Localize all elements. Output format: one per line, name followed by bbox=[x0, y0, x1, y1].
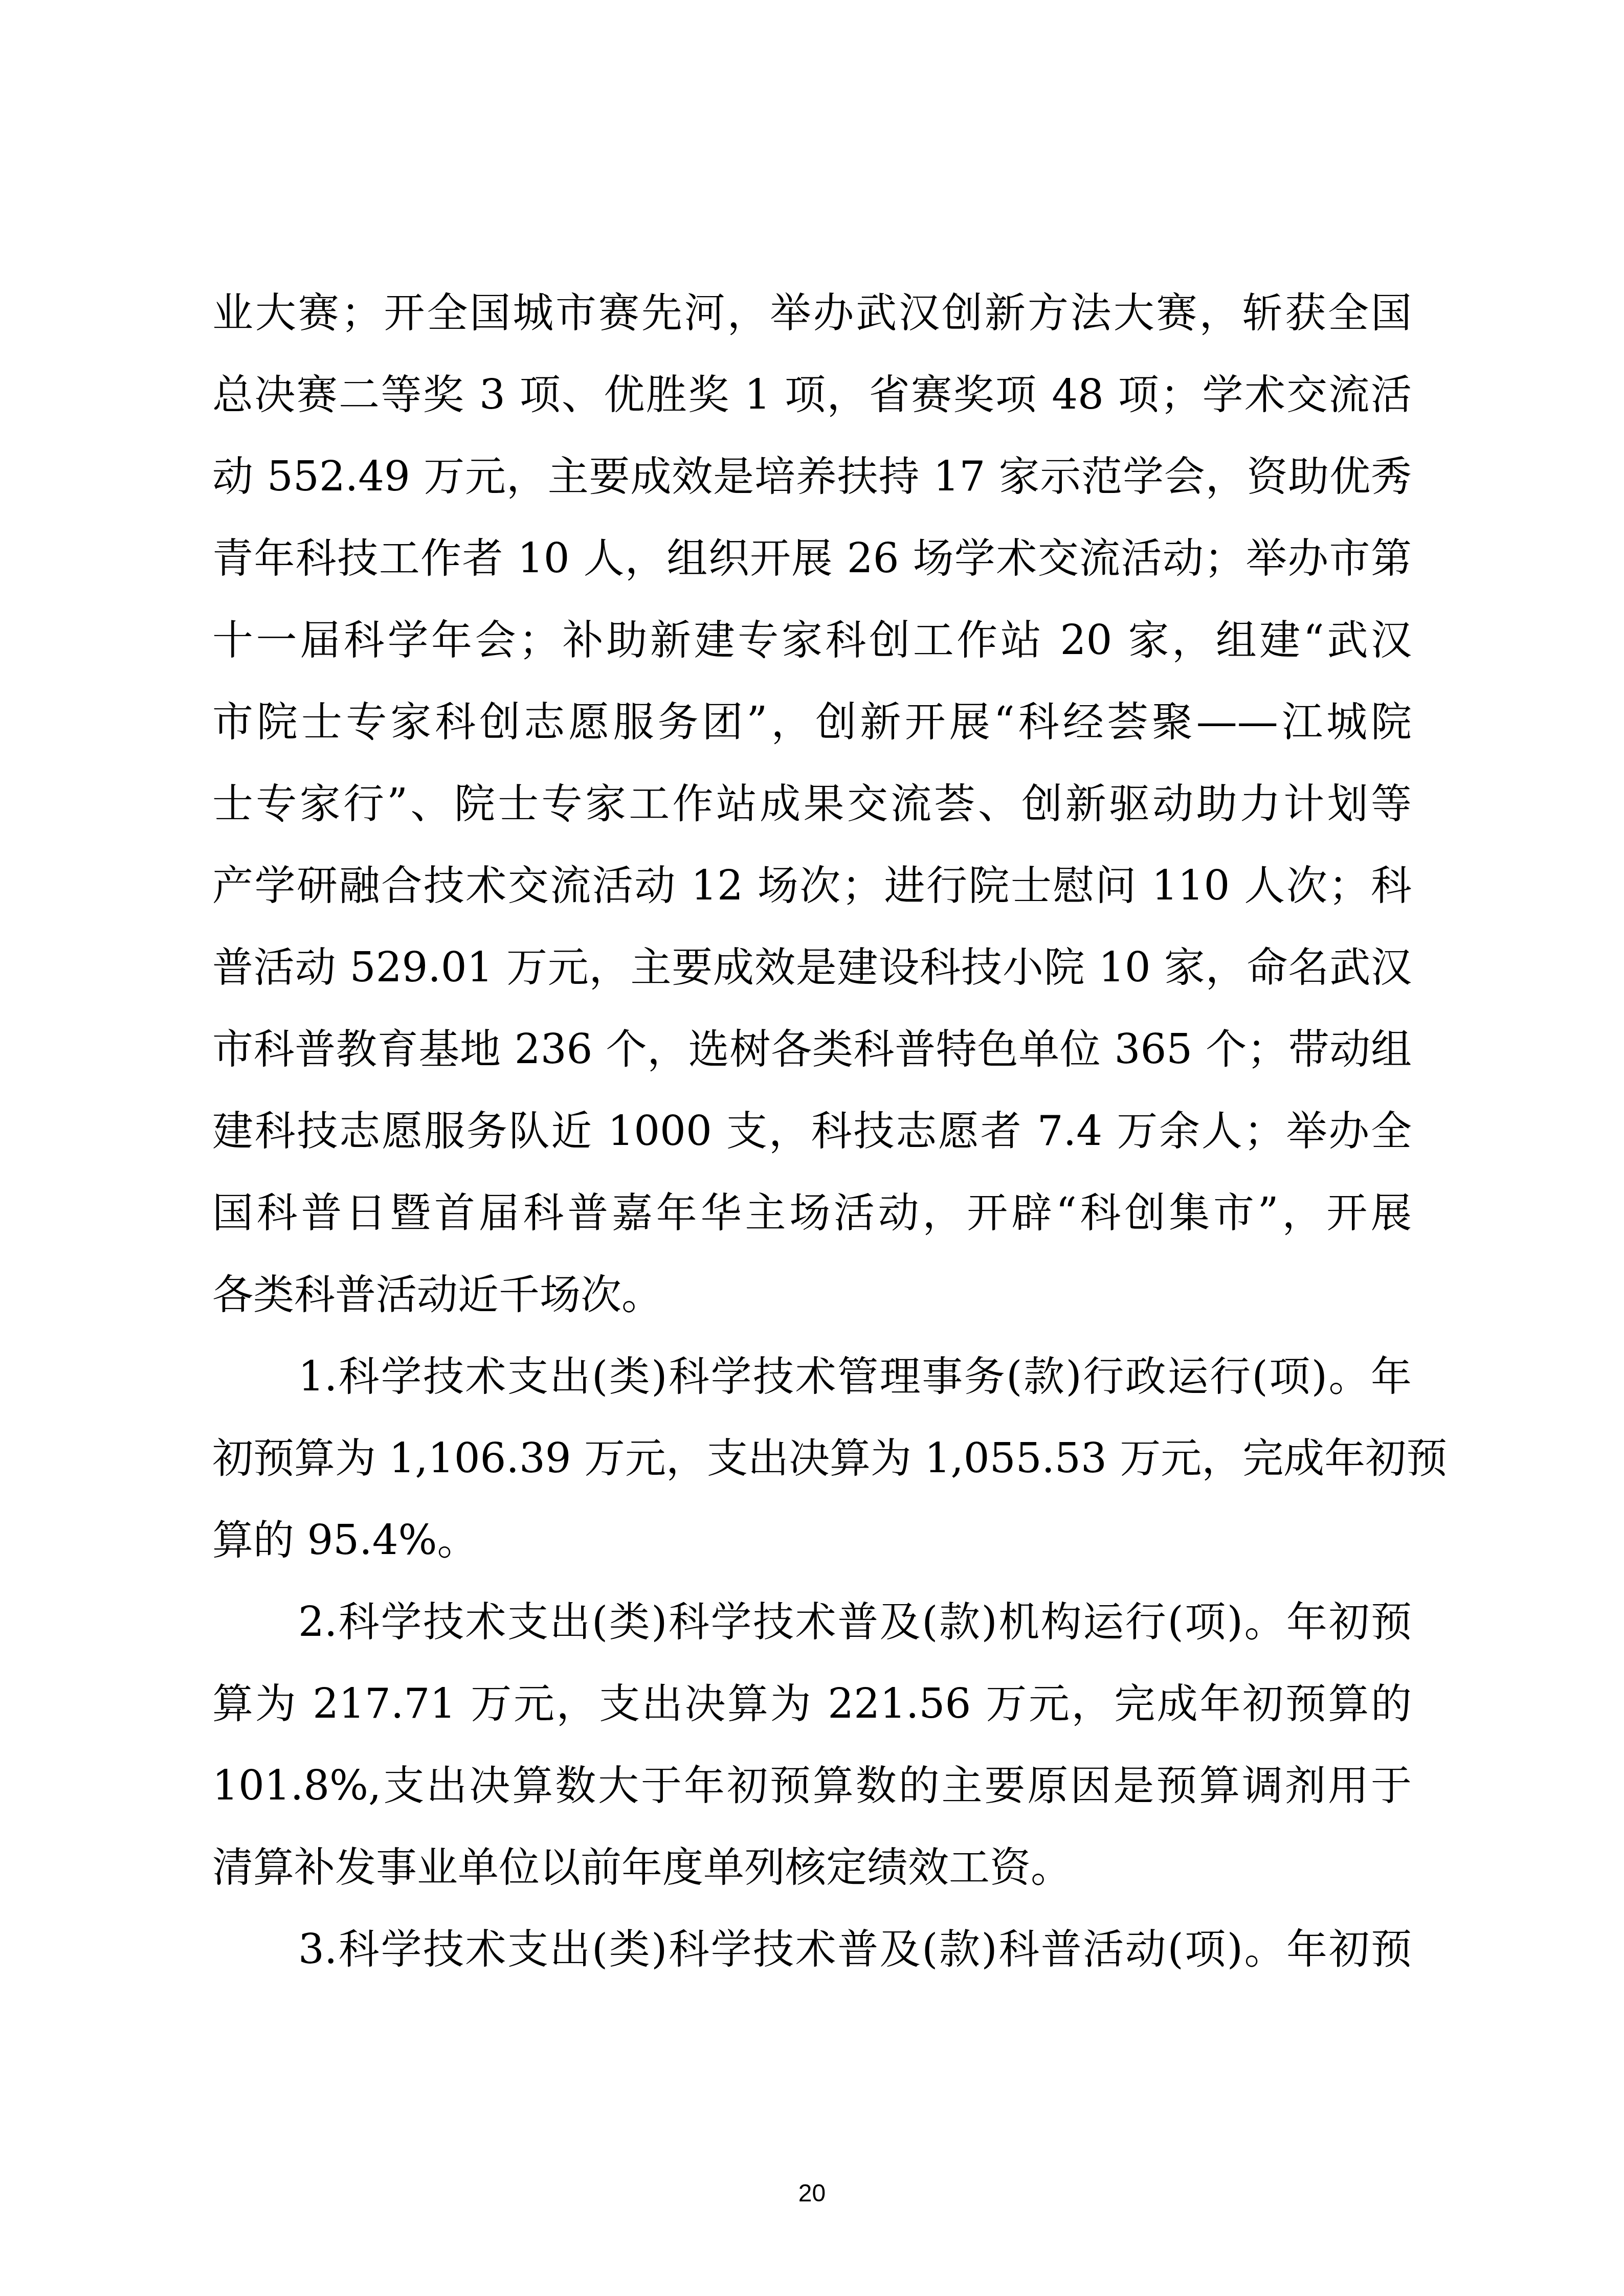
paragraph-line: 国科普日暨首届科普嘉年华主场活动，开辟“科创集市”，开展 bbox=[212, 1180, 1412, 1262]
paragraph-line: 市科普教育基地 236 个，选树各类科普特色单位 365 个；带动组 bbox=[212, 1017, 1412, 1098]
paragraph-line: 士专家行”、院士专家工作站成果交流荟、创新驱动助力计划等 bbox=[212, 771, 1412, 853]
page-number: 20 bbox=[0, 2179, 1624, 2208]
item-3-heading-line: 3.科学技术支出(类)科学技术普及(款)科普活动(项)。年初预 bbox=[212, 1917, 1412, 1998]
paragraph-line: 101.8%,支出决算数大于年初预算数的主要原因是预算调剂用于 bbox=[212, 1753, 1412, 1835]
paragraph-line: 青年科技工作者 10 人，组织开展 26 场学术交流活动；举办市第 bbox=[212, 526, 1412, 607]
paragraph-line: 普活动 529.01 万元，主要成效是建设科技小院 10 家，命名武汉 bbox=[212, 935, 1412, 1017]
paragraph-line: 市院士专家科创志愿服务团”，创新开展“科经荟聚——江城院 bbox=[212, 689, 1412, 771]
paragraph-line: 建科技志愿服务队近 1000 支，科技志愿者 7.4 万余人；举办全 bbox=[212, 1098, 1412, 1180]
document-page: 业大赛；开全国城市赛先河，举办武汉创新方法大赛，斩获全国 总决赛二等奖 3 项、… bbox=[0, 0, 1624, 2296]
paragraph-line: 清算补发事业单位以前年度单列核定绩效工资。 bbox=[212, 1835, 1412, 1917]
body-text: 业大赛；开全国城市赛先河，举办武汉创新方法大赛，斩获全国 总决赛二等奖 3 项、… bbox=[212, 280, 1412, 1998]
paragraph-line: 十一届科学年会；补助新建专家科创工作站 20 家，组建“武汉 bbox=[212, 607, 1412, 689]
item-2-heading-line: 2.科学技术支出(类)科学技术普及(款)机构运行(项)。年初预 bbox=[212, 1589, 1412, 1671]
paragraph-line: 动 552.49 万元，主要成效是培养扶持 17 家示范学会，资助优秀 bbox=[212, 444, 1412, 526]
item-1-heading-line: 1.科学技术支出(类)科学技术管理事务(款)行政运行(项)。年 bbox=[212, 1344, 1412, 1426]
paragraph-line: 算为 217.71 万元，支出决算为 221.56 万元，完成年初预算的 bbox=[212, 1671, 1412, 1753]
paragraph-line: 总决赛二等奖 3 项、优胜奖 1 项，省赛奖项 48 项；学术交流活 bbox=[212, 362, 1412, 444]
paragraph-line: 产学研融合技术交流活动 12 场次；进行院士慰问 110 人次；科 bbox=[212, 853, 1412, 935]
paragraph-line: 算的 95.4%。 bbox=[212, 1507, 1412, 1589]
paragraph-line: 业大赛；开全国城市赛先河，举办武汉创新方法大赛，斩获全国 bbox=[212, 280, 1412, 362]
paragraph-line: 各类科普活动近千场次。 bbox=[212, 1262, 1412, 1344]
paragraph-line: 初预算为 1,106.39 万元，支出决算为 1,055.53 万元，完成年初预 bbox=[212, 1426, 1412, 1507]
